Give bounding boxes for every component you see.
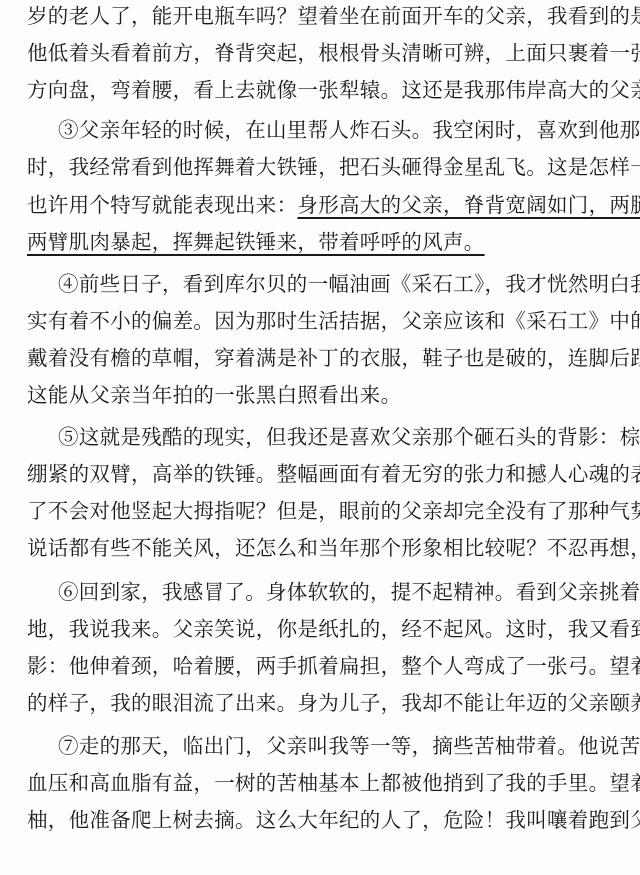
paragraph-6-start: ⑥回到家，我感冒了。身体软软的，提不起精神。看到父亲挑着一担粪去浇 bbox=[58, 580, 611, 604]
text-line: 地，我说我来。父亲笑说，你是纸扎的，经不起风。这时，我又看到了父亲的背 bbox=[27, 617, 611, 641]
underlined-sentence: 身形高大的父亲，脊背宽阔如门，两腿站立如柱， bbox=[297, 193, 640, 217]
text-line-with-underline: 也许用个特写就能表现出来：身形高大的父亲，脊背宽阔如门，两腿站立如柱， bbox=[27, 193, 611, 217]
paragraph-5-start: ⑤这就是残酷的现实，但我还是喜欢父亲那个砸石头的背影：棕色的脊背， bbox=[58, 425, 611, 449]
text-line: 绷紧的双臂，高举的铁锤。整幅画面有着无穷的张力和撼人心魂的表现力，谁看 bbox=[27, 462, 611, 486]
underlined-sentence: 两臂肌肉暴起，挥舞起铁锤来，带着呼呼的风声。 bbox=[27, 230, 485, 254]
text-line: 了不会对他竖起大拇指呢？但是，眼前的父亲却完全没有了那种气势，委顿矮小， bbox=[27, 499, 611, 523]
paragraph-7-start: ⑦走的那天，临出门，父亲叫我等一等，摘些苦柚带着。他说苦柚对我的高 bbox=[58, 734, 611, 758]
text-line: 血压和高血脂有益，一树的苦柚基本上都被他捎到了我的手里。望着树顶上的苦 bbox=[27, 771, 611, 795]
text-line: 方向盘，弯着腰，看上去就像一张犁辕。这还是我那伟岸高大的父亲吗？ bbox=[27, 78, 611, 102]
text-line: 实有着不小的偏差。因为那时生活拮据，父亲应该和《采石工》中的主人公类似， bbox=[27, 309, 611, 333]
text-line: 他低着头看着前方，脊背突起，根根骨头清晰可辨，上面只裹着一张皮。他扶着 bbox=[27, 41, 611, 65]
text-line: 戴着没有檐的草帽，穿着满是补丁的衣服，鞋子也是破的，连脚后跟都露出来了。 bbox=[27, 346, 611, 370]
text-line: 影：他伸着颈，哈着腰，两手抓着扁担，整个人弯成了一张弓。望着他步履蹒跚 bbox=[27, 654, 611, 678]
text-line: 岁的老人了，能开电瓶车吗？望着坐在前面开车的父亲，我看到的是他的背影： bbox=[27, 4, 611, 28]
text-line: 的样子，我的眼泪流了出来。身为儿子，我却不能让年迈的父亲颐养天年。 bbox=[27, 691, 611, 715]
text-line: 说话都有些不能关风，还怎么和当年那个形象相比较呢？不忍再想，不能再看。 bbox=[27, 536, 611, 560]
plain-text: 也许用个特写就能表现出来： bbox=[27, 193, 297, 217]
paragraph-3-start: ③父亲年轻的时候，在山里帮人炸石头。我空闲时，喜欢到他那里玩耍。那 bbox=[58, 118, 611, 142]
paragraph-4-start: ④前些日子，看到库尔贝的一幅油画《采石工》，我才恍然明白我的印象与现 bbox=[58, 272, 611, 296]
text-line: 时，我经常看到他挥舞着大铁锤，把石头砸得金星乱飞。这是怎样一个形象呢？ bbox=[27, 155, 611, 179]
underlined-line: 两臂肌肉暴起，挥舞起铁锤来，带着呼呼的风声。 bbox=[27, 230, 611, 254]
text-line: 这能从父亲当年拍的一张黑白照看出来。 bbox=[27, 383, 611, 407]
scanned-document-page: 岁的老人了，能开电瓶车吗？望着坐在前面开车的父亲，我看到的是他的背影： 他低着头… bbox=[0, 0, 640, 875]
text-line: 柚，他准备爬上树去摘。这么大年纪的人了，危险！我叫嚷着跑到父亲的眼前， bbox=[27, 808, 611, 832]
